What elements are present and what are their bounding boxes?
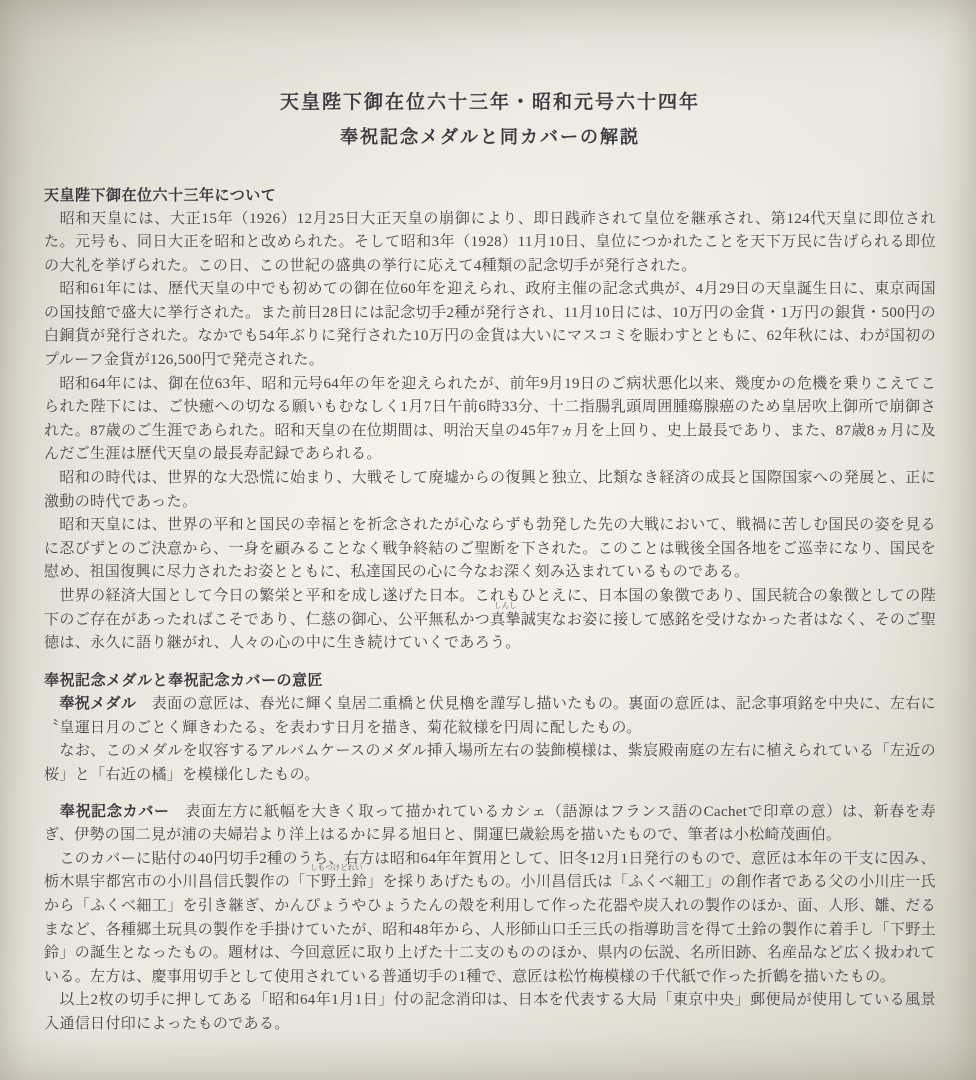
section2-heading: 奉祝記念メダルと奉祝記念カバーの意匠: [44, 669, 936, 693]
paragraph-demise: 昭和64年には、御在位63年、昭和元号64年の年を迎えられたが、前年9月19日の…: [44, 373, 936, 467]
paragraph-war-end: 昭和天皇には、世界の平和と国民の幸福とを祈念されたが心ならずも勃発した先の大戦に…: [44, 514, 936, 585]
doc-title: 天皇陛下御在位六十三年・昭和元号六十四年 奉祝記念メダルと同カバーの解説: [44, 86, 936, 154]
ruby-shimotsuke-dorei-furigana: しもつけどれい: [310, 864, 363, 872]
ruby-shimotsuke-dorei-base: 下野土鈴: [306, 874, 367, 890]
cover-lead-label: 奉祝記念カバー: [44, 803, 170, 820]
ruby-shinshi: 真摯しんし: [490, 609, 521, 633]
paragraph-cover-design-text: 表面左方に紙幅を大きく取って描かれているカシェ（語源はフランス語のCachetで…: [44, 804, 936, 844]
paragraph-medal-design: 奉祝メダル 表面の意匠は、春光に輝く皇居二重橋と伏見櫓を謹写し描いたもの。裏面の…: [44, 692, 936, 740]
medal-lead-label: 奉祝メダル: [44, 695, 136, 712]
paragraph-showa-era: 昭和の時代は、世界的な大恐慌に始まり、大戦そして廃墟からの復興と独立、比類なき経…: [44, 467, 936, 514]
paragraph-album-case: なお、このメダルを収容するアルバムケースのメダル挿入場所左右の装飾模様は、紫宸殿…: [44, 740, 936, 787]
paragraph-cover-design: 奉祝記念カバー 表面左方に紙幅を大きく取って描かれているカシェ（語源はフランス語…: [44, 800, 936, 848]
ruby-shinshi-base: 真摯: [490, 612, 521, 628]
paragraph-60th-anniversary: 昭和61年には、歴代天皇の中でも初めての御在位60年を迎えられ、政府主催の記念式…: [44, 278, 936, 372]
paragraph-legacy: 世界の経済大国として今日の繁栄と平和を成し遂げた日本。これもひとえに、日本国の象…: [44, 585, 936, 656]
doc-title-line2: 奉祝記念メダルと同カバーの解説: [44, 120, 936, 154]
doc-title-line1: 天皇陛下御在位六十三年・昭和元号六十四年: [44, 86, 936, 120]
section1-heading: 天皇陛下御在位六十三年について: [44, 184, 936, 208]
paragraph-medal-design-text: 表面の意匠は、春光に輝く皇居二重橋と伏見櫓を謹写し描いたもの。裏面の意匠は、記念…: [44, 696, 936, 736]
paragraph-stamps: このカバーに貼付の40円切手2種のうち、右方は昭和64年年賀用として、旧冬12月…: [44, 848, 936, 990]
document-page: 天皇陛下御在位六十三年・昭和元号六十四年 奉祝記念メダルと同カバーの解説 天皇陛…: [0, 0, 976, 1080]
document-photo: 天皇陛下御在位六十三年・昭和元号六十四年 奉祝記念メダルと同カバーの解説 天皇陛…: [0, 0, 976, 1080]
doc-body: 天皇陛下御在位六十三年について 昭和天皇には、大正15年（1926）12月25日…: [44, 184, 936, 1037]
paragraph-accession: 昭和天皇には、大正15年（1926）12月25日大正天皇の崩御により、即日践祚さ…: [44, 208, 936, 279]
ruby-shinshi-furigana: しんし: [494, 602, 517, 610]
paragraph-stamps-text-b: 」を採りあげたもの。小川昌信氏は「ふくべ細工」の創作者である父の小川庄一氏から「…: [44, 874, 936, 984]
ruby-shimotsuke-dorei: 下野土鈴しもつけどれい: [306, 871, 367, 895]
paragraph-postmark: 以上2枚の切手に押してある「昭和64年1月1日」付の記念消印は、日本を代表する大…: [44, 989, 936, 1036]
